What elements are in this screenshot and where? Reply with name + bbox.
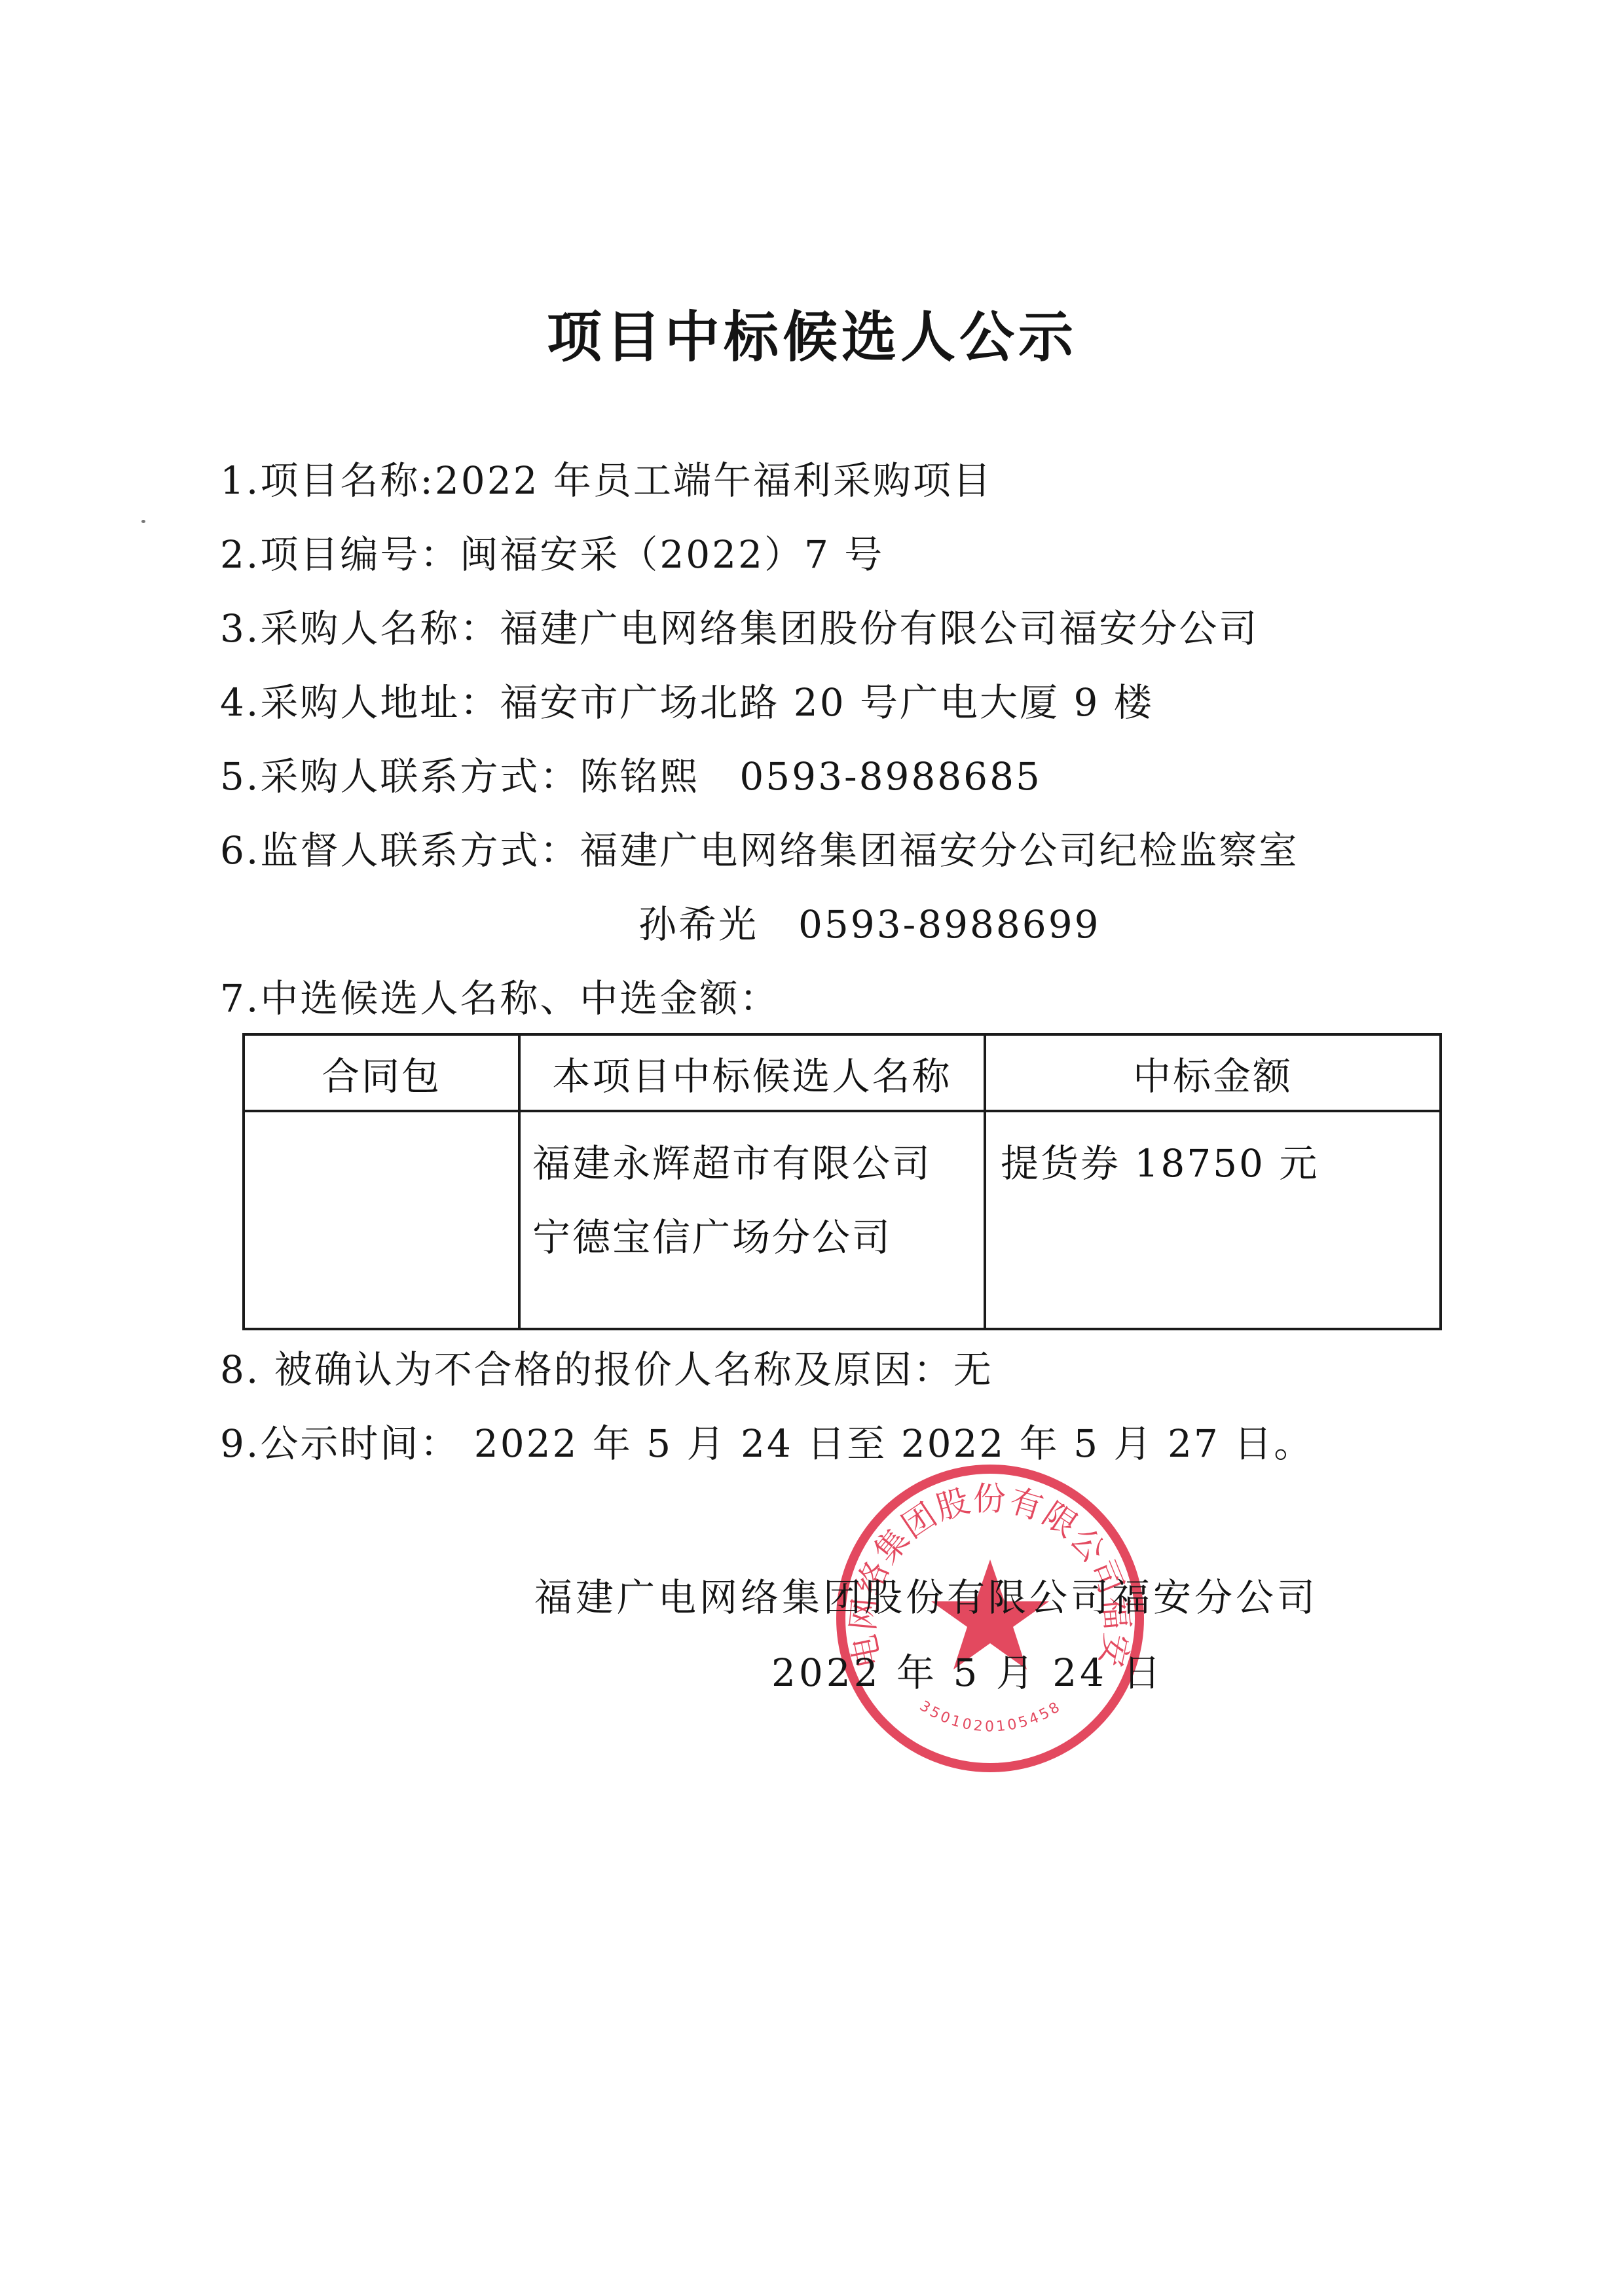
item-value: 福建广电网络集团股份有限公司福安分公司 xyxy=(500,606,1259,651)
svg-text:3501020105458: 3501020105458 xyxy=(917,1698,1065,1736)
item-project-name: 1.项目名称:2022 年员工端午福利采购项目 xyxy=(220,462,993,500)
candidate-table: 合同包 本项目中标候选人名称 中标金额 福建永辉超市有限公司 宁德宝信广场分公司… xyxy=(242,1033,1439,1330)
column-header-amount: 中标金额 xyxy=(985,1034,1441,1111)
item-value: 福安市广场北路 20 号广电大厦 9 楼 xyxy=(500,680,1153,725)
item-number: 2. xyxy=(220,532,260,577)
item-label: 中选候选人名称、中选金额： xyxy=(260,976,779,1021)
document-page: 项目中标候选人公示 1.项目名称:2022 年员工端午福利采购项目 2.项目编号… xyxy=(0,0,1624,2296)
signature-organization: 福建广电网络集团股份有限公司福安分公司 xyxy=(534,1567,1318,1622)
table-row: 福建永辉超市有限公司 宁德宝信广场分公司 提货券 18750 元 xyxy=(244,1111,1441,1329)
item-value: 无 xyxy=(953,1347,993,1392)
item-purchaser-address: 4.采购人地址：福安市广场北路 20 号广电大厦 9 楼 xyxy=(220,683,1154,721)
item-number: 1. xyxy=(220,458,260,503)
signature-date: 2022 年 5 月 24 日 xyxy=(771,1642,1164,1697)
item-purchaser-contact: 5.采购人联系方式：陈铭熙 0593-8988685 xyxy=(220,757,1042,795)
item-number: 3. xyxy=(220,606,260,651)
cell-package xyxy=(244,1111,519,1329)
item-label: 项目名称: xyxy=(260,458,435,503)
item-purchaser-name: 3.采购人名称：福建广电网络集团股份有限公司福安分公司 xyxy=(220,610,1259,647)
candidate-name-line1: 福建永辉超市有限公司 xyxy=(532,1127,973,1201)
item-value: 2022 年员工端午福利采购项目 xyxy=(435,458,993,503)
item-label: 被确认为不合格的报价人名称及原因： xyxy=(260,1347,953,1392)
item-supervisor-contact: 6.监督人联系方式：福建广电网络集团福安分公司纪检监察室 xyxy=(220,831,1299,869)
item-number: 4. xyxy=(220,680,260,725)
cell-candidate: 福建永辉超市有限公司 宁德宝信广场分公司 xyxy=(519,1111,985,1329)
item-project-number: 2.项目编号：闽福安采（2022）7 号 xyxy=(220,536,884,574)
cell-amount: 提货券 18750 元 xyxy=(985,1111,1441,1329)
item-value: 陈铭熙 0593-8988685 xyxy=(580,754,1042,799)
item-label: 公示时间： xyxy=(260,1421,460,1466)
item-supervisor-contact-person: 孙希光 0593-8988699 xyxy=(638,905,1101,943)
item-label: 采购人联系方式： xyxy=(260,754,580,799)
item-label: 采购人名称： xyxy=(260,606,500,651)
item-number: 9. xyxy=(220,1421,260,1466)
item-label: 采购人地址： xyxy=(260,680,500,725)
item-number: 7. xyxy=(220,976,260,1021)
item-number: 8. xyxy=(220,1347,260,1392)
column-header-candidate: 本项目中标候选人名称 xyxy=(519,1034,985,1111)
item-label: 项目编号： xyxy=(260,532,460,577)
item-value: 福建广电网络集团福安分公司纪检监察室 xyxy=(580,828,1299,873)
item-number: 6. xyxy=(220,828,260,873)
candidate-name-line2: 宁德宝信广场分公司 xyxy=(532,1201,973,1275)
page-title: 项目中标候选人公示 xyxy=(0,293,1624,373)
item-number: 5. xyxy=(220,754,260,799)
item-value: 闽福安采（2022）7 号 xyxy=(460,532,884,577)
item-candidate-heading: 7.中选候选人名称、中选金额： xyxy=(220,979,779,1017)
scan-speck xyxy=(141,520,145,523)
column-header-package: 合同包 xyxy=(244,1034,519,1111)
item-publicity-period: 9.公示时间： 2022 年 5 月 24 日至 2022 年 5 月 27 日… xyxy=(220,1425,1314,1463)
table-header-row: 合同包 本项目中标候选人名称 中标金额 xyxy=(244,1034,1441,1111)
item-label: 监督人联系方式： xyxy=(260,828,580,873)
item-disqualified: 8. 被确认为不合格的报价人名称及原因：无 xyxy=(220,1351,993,1389)
